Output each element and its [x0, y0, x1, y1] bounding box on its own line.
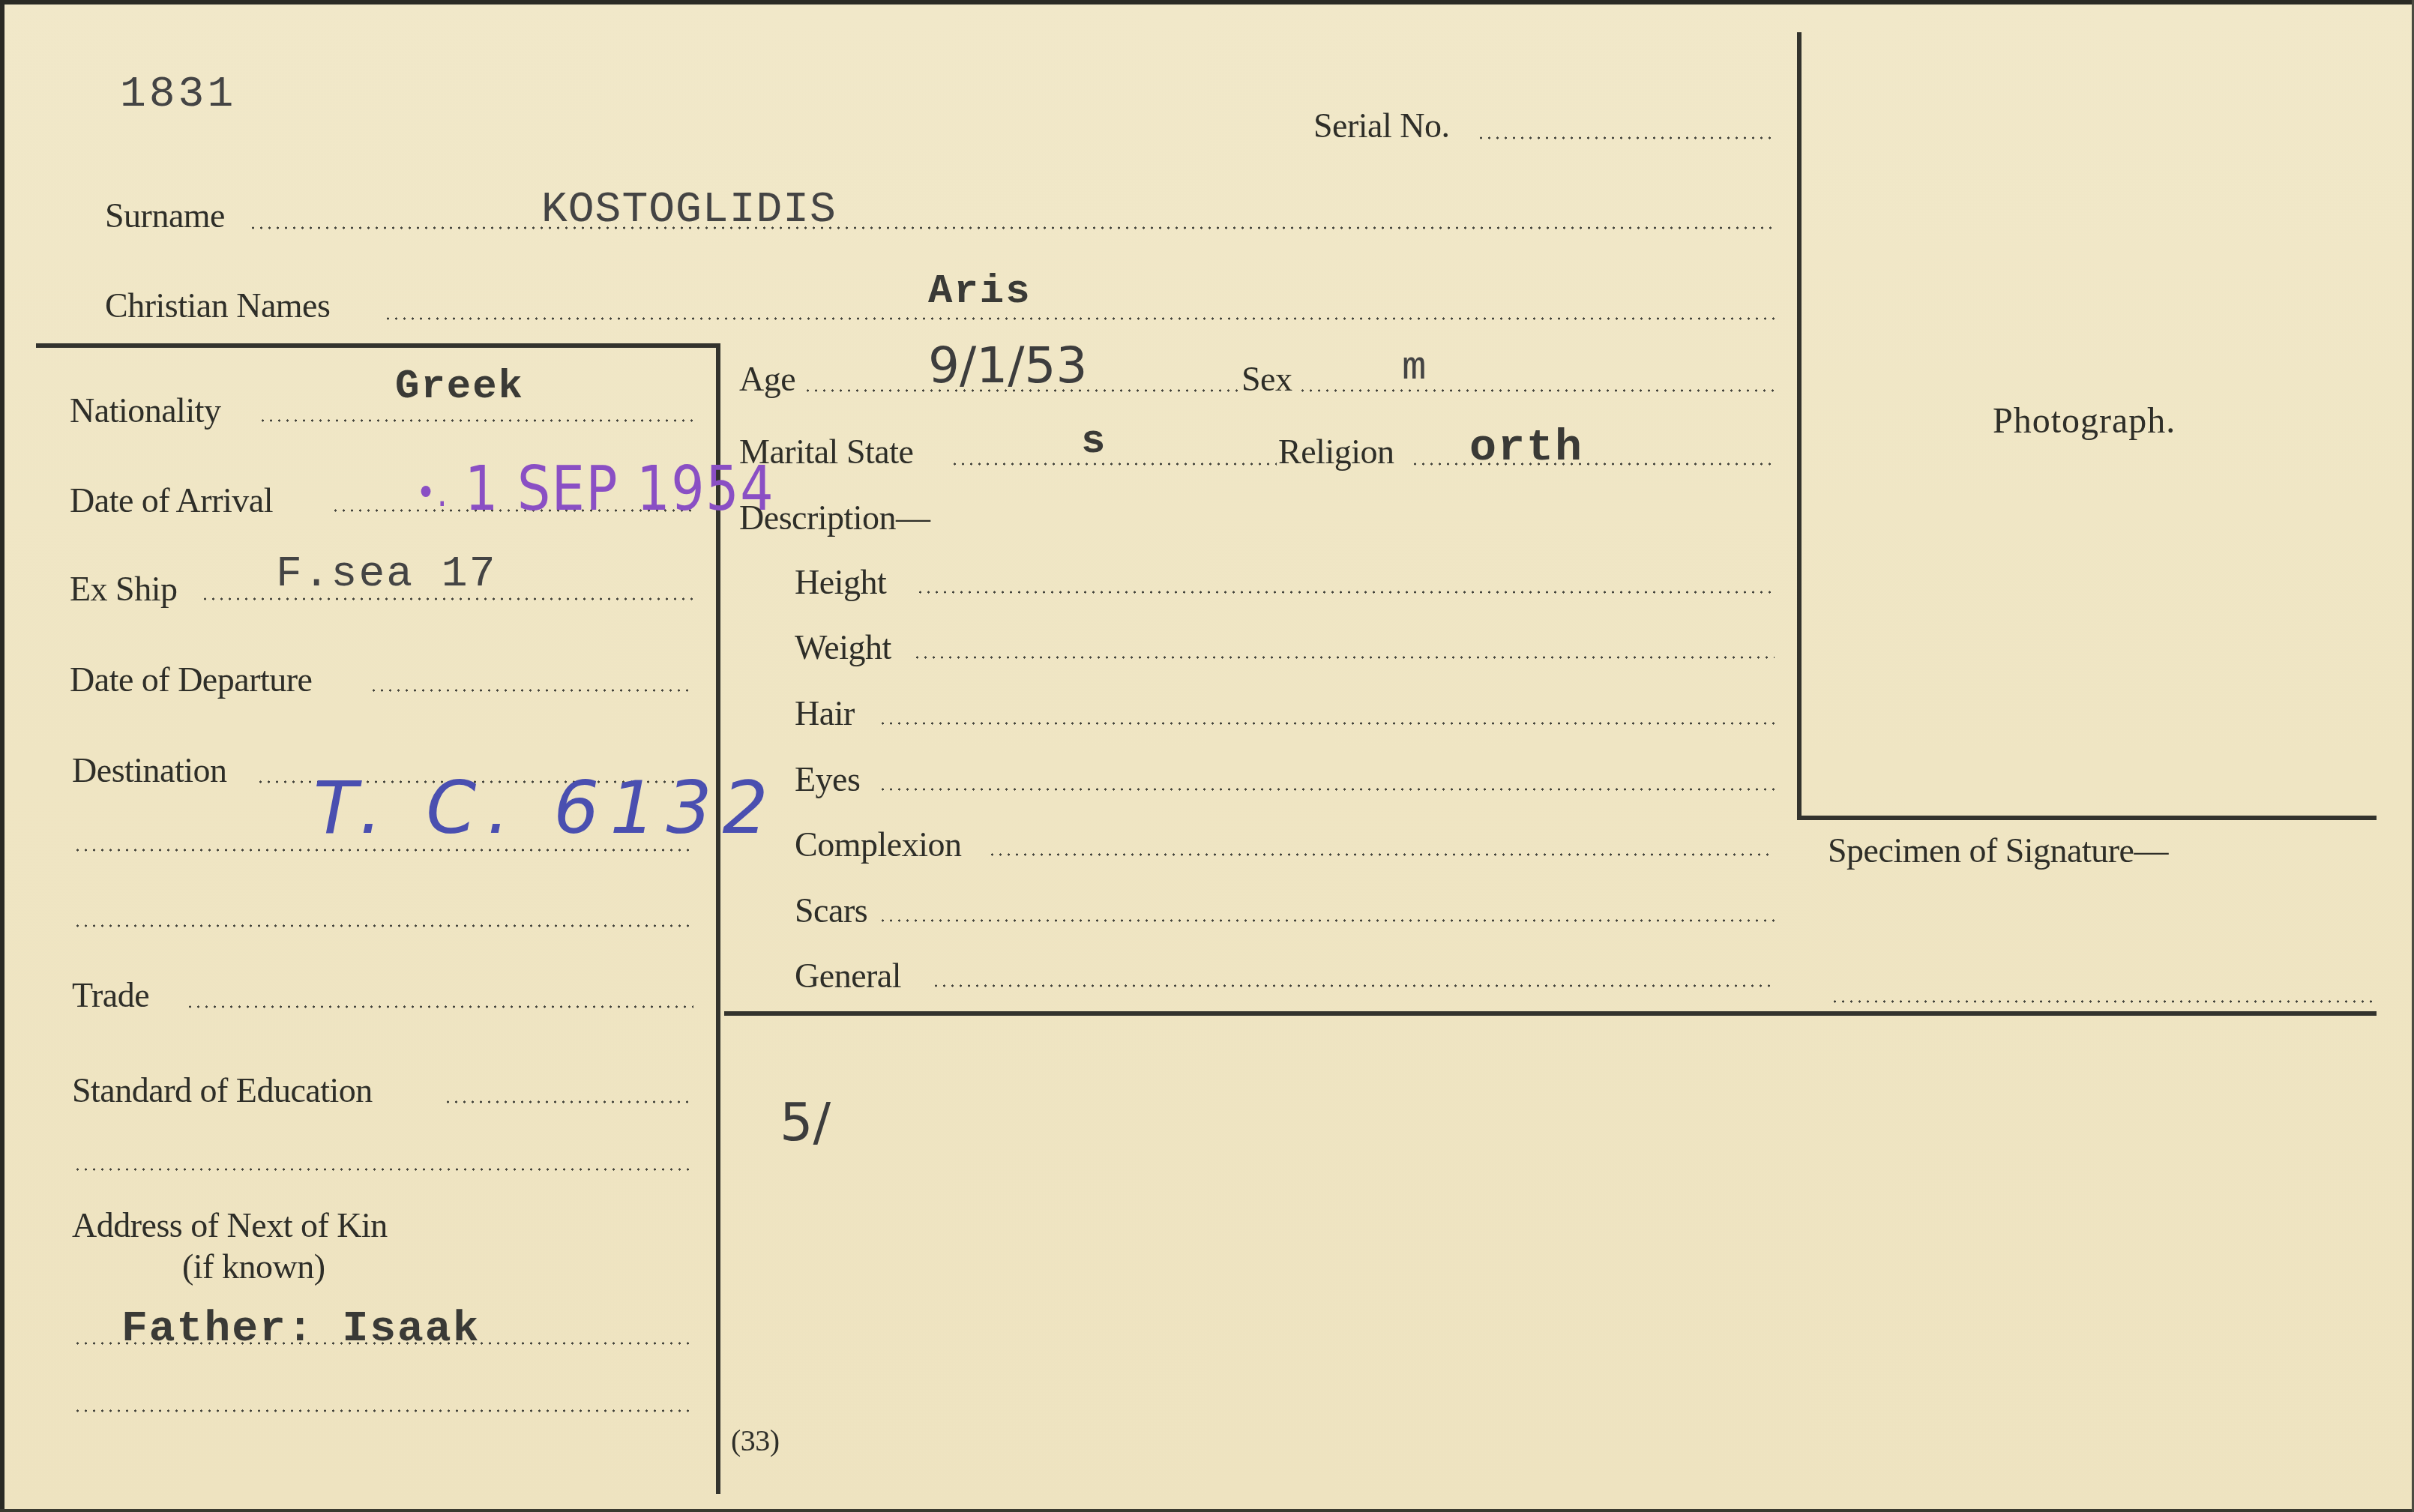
christian-names-label: Christian Names	[105, 289, 330, 323]
eyes-field[interactable]	[879, 788, 1775, 791]
religion-field[interactable]	[1411, 463, 1775, 466]
destination-field-line-3[interactable]	[73, 924, 693, 927]
serial-no-field[interactable]	[1477, 136, 1775, 139]
left-top-rule	[36, 343, 720, 348]
hair-field[interactable]	[879, 722, 1775, 725]
destination-value: T. C. 6132	[313, 772, 779, 844]
surname-label: Surname	[105, 199, 225, 233]
arrival-date-stamp-prefix: •.	[416, 474, 449, 513]
marital-state-field[interactable]	[951, 463, 1277, 466]
photo-box-bottom-rule	[1797, 816, 2377, 820]
signature-label: Specimen of Signature—	[1828, 834, 2168, 868]
scan-edge-left	[0, 0, 4, 1512]
hair-label: Hair	[795, 696, 855, 731]
date-of-departure-label: Date of Departure	[70, 663, 313, 697]
ex-ship-value: F.sea 17	[276, 553, 496, 597]
photograph-area[interactable]	[1803, 34, 2377, 816]
pencil-note: 5/	[780, 1096, 831, 1148]
sex-field[interactable]	[1298, 389, 1775, 392]
next-of-kin-field-line-2[interactable]	[73, 1409, 693, 1412]
standard-of-education-label: Standard of Education	[72, 1073, 373, 1108]
surname-field[interactable]	[249, 226, 1775, 229]
surname-value: KOSTOGLIDIS	[541, 189, 837, 232]
sex-value: m	[1402, 349, 1427, 389]
middle-bottom-rule	[724, 1011, 2377, 1016]
general-field[interactable]	[932, 984, 1775, 987]
eyes-label: Eyes	[795, 762, 860, 797]
next-of-kin-value: Father: Isaak	[121, 1308, 480, 1352]
date-of-departure-field[interactable]	[370, 689, 693, 692]
complexion-label: Complexion	[795, 828, 961, 862]
marital-state-label: Marital State	[739, 435, 913, 469]
scars-label: Scars	[795, 894, 867, 928]
marital-state-value: s	[1081, 422, 1107, 463]
nationality-label: Nationality	[70, 394, 220, 428]
destination-label: Destination	[72, 753, 227, 788]
religion-label: Religion	[1278, 435, 1394, 469]
ex-ship-label: Ex Ship	[70, 572, 177, 606]
standard-of-education-field[interactable]	[444, 1100, 693, 1103]
nationality-value: Greek	[395, 367, 524, 408]
arrival-date-stamp: 1 SEP 1954	[465, 459, 774, 520]
general-label: General	[795, 959, 901, 993]
description-heading: Description—	[739, 501, 930, 535]
weight-label: Weight	[795, 630, 891, 665]
standard-of-education-field-line-2[interactable]	[73, 1168, 693, 1171]
trade-field[interactable]	[186, 1005, 693, 1008]
sex-label: Sex	[1241, 362, 1292, 397]
scan-edge-top	[0, 0, 2414, 4]
trade-label: Trade	[72, 978, 149, 1013]
weight-field[interactable]	[913, 656, 1775, 659]
religion-value: orth	[1469, 426, 1583, 471]
nationality-field[interactable]	[259, 419, 693, 422]
complexion-field[interactable]	[988, 853, 1775, 856]
scan-edge-bottom	[0, 1509, 2414, 1512]
height-label: Height	[795, 565, 886, 600]
height-field[interactable]	[916, 591, 1775, 594]
destination-field-line-2[interactable]	[73, 849, 693, 852]
age-label: Age	[739, 362, 795, 397]
registration-card: 1831 Serial No. Surname KOSTOGLIDIS Chri…	[0, 0, 2414, 1512]
date-of-arrival-label: Date of Arrival	[70, 484, 273, 518]
christian-names-value: Aris	[928, 272, 1032, 313]
signature-field[interactable]	[1831, 1000, 2376, 1003]
next-of-kin-sublabel: (if known)	[182, 1250, 325, 1284]
form-number: 1831	[120, 73, 236, 117]
age-value: 9/1/53	[928, 341, 1087, 391]
scars-field[interactable]	[879, 919, 1775, 922]
serial-no-label: Serial No.	[1313, 109, 1450, 143]
next-of-kin-label: Address of Next of Kin	[72, 1208, 388, 1243]
christian-names-field[interactable]	[384, 317, 1775, 320]
print-code: (33)	[731, 1426, 780, 1456]
photo-box-left-rule	[1797, 32, 1802, 819]
